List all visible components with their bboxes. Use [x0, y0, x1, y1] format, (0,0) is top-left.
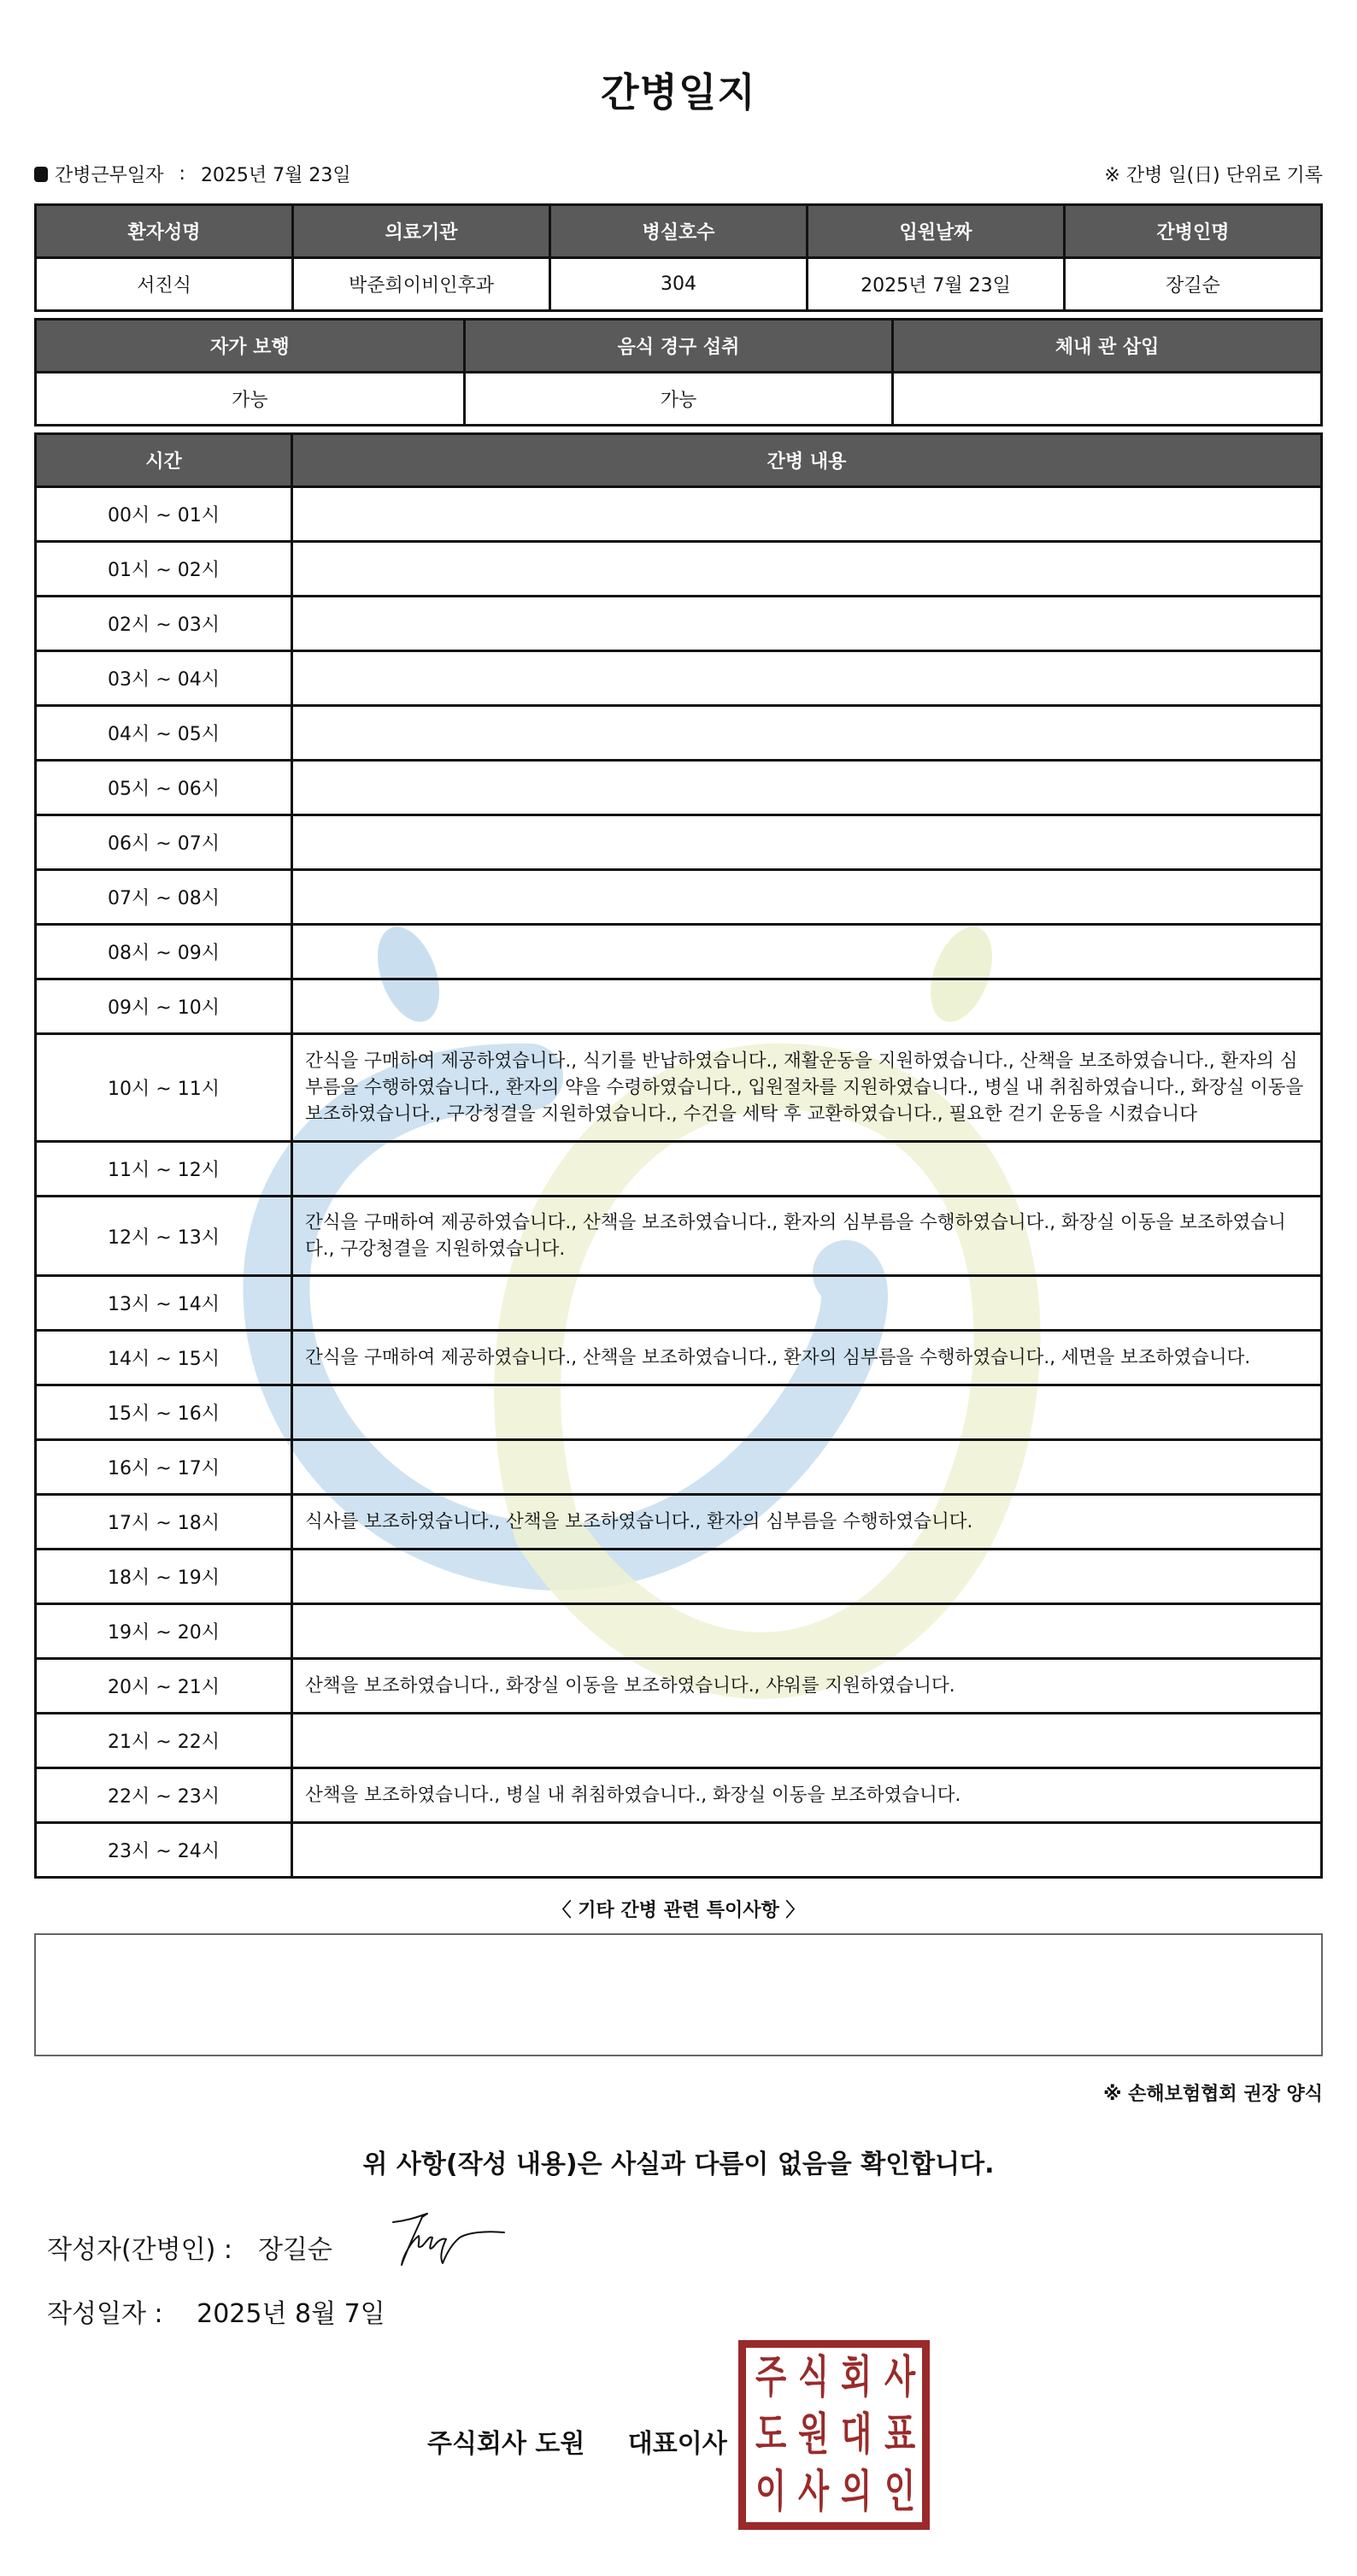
care-content — [292, 1714, 1322, 1768]
time-slot: 03시 ~ 04시 — [36, 651, 292, 706]
care-log-row: 07시 ~ 08시 — [36, 870, 1322, 925]
time-slot: 18시 ~ 19시 — [36, 1550, 292, 1604]
seal-character: 이 — [755, 2463, 786, 2520]
author-label: 작성자(간병인) : — [47, 2228, 232, 2266]
time-slot: 09시 ~ 10시 — [36, 979, 292, 1034]
company-name: 주식회사 도원 — [427, 2429, 585, 2459]
care-content: 간식을 구매하여 제공하였습니다., 산책을 보조하였습니다., 환자의 심부름… — [292, 1331, 1322, 1385]
written-date-label: 작성일자 : — [47, 2299, 163, 2329]
care-content — [292, 1276, 1322, 1331]
time-slot: 13시 ~ 14시 — [36, 1276, 292, 1331]
care-content — [292, 487, 1322, 542]
seal-character: 주 — [755, 2350, 786, 2407]
care-log-row: 01시 ~ 02시 — [36, 542, 1322, 597]
time-slot: 02시 ~ 03시 — [36, 597, 292, 651]
care-log-row: 04시 ~ 05시 — [36, 706, 1322, 761]
header-self-walking: 자가 보행 — [36, 320, 465, 373]
time-slot: 14시 ~ 15시 — [36, 1331, 292, 1385]
care-log-row: 06시 ~ 07시 — [36, 815, 1322, 870]
care-content: 간식을 구매하여 제공하였습니다., 식기를 반납하였습니다., 재활운동을 지… — [292, 1034, 1322, 1142]
seal-character: 사 — [798, 2463, 829, 2520]
care-content — [292, 1604, 1322, 1659]
seal-character: 의 — [842, 2463, 872, 2520]
seal-character: 식 — [798, 2350, 829, 2407]
work-date-colon: : — [179, 163, 185, 185]
work-date-label: 간병근무일자 — [55, 161, 164, 187]
care-content — [292, 597, 1322, 651]
care-log-row: 05시 ~ 06시 — [36, 761, 1322, 815]
care-content — [292, 651, 1322, 706]
written-date-line: 작성일자 : 2025년 8월 7일 — [47, 2292, 385, 2330]
page-title: 간병일지 — [0, 62, 1357, 118]
care-log-row: 13시 ~ 14시 — [36, 1276, 1322, 1331]
care-content — [292, 761, 1322, 815]
seal-character: 대 — [842, 2407, 872, 2464]
oral-intake: 가능 — [464, 373, 893, 426]
special-notes-box — [34, 1933, 1323, 2056]
time-slot: 22시 ~ 23시 — [36, 1768, 292, 1823]
company-line: 주식회사 도원 대표이사 — [427, 2422, 727, 2460]
care-content — [292, 1385, 1322, 1440]
header-care-content: 간병 내용 — [292, 434, 1322, 487]
care-log-row: 08시 ~ 09시 — [36, 925, 1322, 979]
header-patient-name: 환자성명 — [36, 205, 293, 258]
time-slot: 16시 ~ 17시 — [36, 1440, 292, 1495]
care-content — [292, 1142, 1322, 1197]
patient-name: 서진식 — [36, 258, 293, 311]
time-slot: 06시 ~ 07시 — [36, 815, 292, 870]
care-log-row: 19시 ~ 20시 — [36, 1604, 1322, 1659]
care-log-row: 12시 ~ 13시간식을 구매하여 제공하였습니다., 산책을 보조하였습니다.… — [36, 1197, 1322, 1276]
company-seal-stamp-icon: 주식회사도원대표이사의인 — [738, 2340, 930, 2530]
time-slot: 15시 ~ 16시 — [36, 1385, 292, 1440]
care-log-row: 02시 ~ 03시 — [36, 597, 1322, 651]
care-content — [292, 925, 1322, 979]
care-log-row: 18시 ~ 19시 — [36, 1550, 1322, 1604]
self-walking: 가능 — [36, 373, 465, 426]
care-log-row: 14시 ~ 15시간식을 구매하여 제공하였습니다., 산책을 보조하였습니다.… — [36, 1331, 1322, 1385]
time-slot: 07시 ~ 08시 — [36, 870, 292, 925]
time-slot: 10시 ~ 11시 — [36, 1034, 292, 1142]
daily-record-note: ※ 간병 일(日) 단위로 기록 — [1104, 161, 1323, 187]
care-log-row: 11시 ~ 12시 — [36, 1142, 1322, 1197]
work-date-value: 2025년 7월 23일 — [201, 161, 351, 187]
care-log-row: 03시 ~ 04시 — [36, 651, 1322, 706]
company-representative-title: 대표이사 — [628, 2429, 727, 2459]
care-log-row: 22시 ~ 23시산책을 보조하였습니다., 병실 내 취침하였습니다., 화장… — [36, 1768, 1322, 1823]
care-log-row: 17시 ~ 18시식사를 보조하였습니다., 산책을 보조하였습니다., 환자의… — [36, 1495, 1322, 1550]
bullet-square-icon — [34, 167, 48, 182]
care-content: 식사를 보조하였습니다., 산책을 보조하였습니다., 환자의 심부름을 수행하… — [292, 1495, 1322, 1550]
written-date-value: 2025년 8월 7일 — [197, 2299, 385, 2329]
care-content — [292, 542, 1322, 597]
header-caregiver-name: 간병인명 — [1065, 205, 1322, 258]
care-content — [292, 870, 1322, 925]
care-log-row: 15시 ~ 16시 — [36, 1385, 1322, 1440]
author-line: 작성자(간병인) : 장길순 — [47, 2228, 332, 2266]
care-content — [292, 1823, 1322, 1878]
form-source-note: ※ 손해보험협회 권장 양식 — [1103, 2079, 1323, 2106]
caregiver-name: 장길순 — [1065, 258, 1322, 311]
seal-character: 원 — [798, 2407, 829, 2464]
room-number: 304 — [550, 258, 808, 311]
care-content — [292, 815, 1322, 870]
time-slot: 17시 ~ 18시 — [36, 1495, 292, 1550]
time-slot: 20시 ~ 21시 — [36, 1659, 292, 1714]
seal-character: 인 — [884, 2463, 915, 2520]
time-slot: 01시 ~ 02시 — [36, 542, 292, 597]
hospital: 박준희이비인후과 — [293, 258, 550, 311]
admission-date: 2025년 7월 23일 — [808, 258, 1065, 311]
care-content — [292, 1550, 1322, 1604]
care-log-row: 16시 ~ 17시 — [36, 1440, 1322, 1495]
handwritten-signature-icon — [383, 2212, 507, 2272]
seal-character: 표 — [884, 2407, 915, 2464]
care-log-row: 21시 ~ 22시 — [36, 1714, 1322, 1768]
confirmation-statement: 위 사항(작성 내용)은 사실과 다름이 없음을 확인합니다. — [0, 2143, 1357, 2180]
patient-info-table: 환자성명 의료기관 병실호수 입원날짜 간병인명 서진식 박준희이비인후과 30… — [34, 203, 1323, 312]
header-oral-intake: 음식 경구 섭취 — [464, 320, 893, 373]
header-admission-date: 입원날짜 — [808, 205, 1065, 258]
care-content — [292, 979, 1322, 1034]
special-notes-title: 〈 기타 간병 관련 특이사항 〉 — [0, 1896, 1357, 1922]
time-slot: 21시 ~ 22시 — [36, 1714, 292, 1768]
time-slot: 05시 ~ 06시 — [36, 761, 292, 815]
author-name: 장길순 — [258, 2228, 332, 2266]
care-log-row: 09시 ~ 10시 — [36, 979, 1322, 1034]
tube-insertion — [893, 373, 1322, 426]
header-hospital: 의료기관 — [293, 205, 550, 258]
care-log-row: 00시 ~ 01시 — [36, 487, 1322, 542]
time-slot: 12시 ~ 13시 — [36, 1197, 292, 1276]
care-log-row: 20시 ~ 21시산책을 보조하였습니다., 화장실 이동을 보조하였습니다.,… — [36, 1659, 1322, 1714]
care-content: 산책을 보조하였습니다., 화장실 이동을 보조하였습니다., 샤워를 지원하였… — [292, 1659, 1322, 1714]
seal-character: 도 — [755, 2407, 786, 2464]
header-room-number: 병실호수 — [550, 205, 808, 258]
care-content — [292, 706, 1322, 761]
work-date-line: 간병근무일자 : 2025년 7월 23일 — [34, 161, 351, 187]
seal-character: 회 — [842, 2350, 872, 2407]
time-slot: 00시 ~ 01시 — [36, 487, 292, 542]
time-slot: 11시 ~ 12시 — [36, 1142, 292, 1197]
care-log-row: 10시 ~ 11시간식을 구매하여 제공하였습니다., 식기를 반납하였습니다.… — [36, 1034, 1322, 1142]
seal-character: 사 — [884, 2350, 915, 2407]
time-slot: 08시 ~ 09시 — [36, 925, 292, 979]
care-content: 산책을 보조하였습니다., 병실 내 취침하였습니다., 화장실 이동을 보조하… — [292, 1768, 1322, 1823]
time-slot: 04시 ~ 05시 — [36, 706, 292, 761]
care-log-row: 23시 ~ 24시 — [36, 1823, 1322, 1878]
care-content: 간식을 구매하여 제공하였습니다., 산책을 보조하였습니다., 환자의 심부름… — [292, 1197, 1322, 1276]
care-content — [292, 1440, 1322, 1495]
care-log-table: 시간 간병 내용 00시 ~ 01시01시 ~ 02시02시 ~ 03시03시 … — [34, 432, 1323, 1879]
time-slot: 19시 ~ 20시 — [36, 1604, 292, 1659]
time-slot: 23시 ~ 24시 — [36, 1823, 292, 1878]
header-time: 시간 — [36, 434, 292, 487]
patient-status-table: 자가 보행 음식 경구 섭취 체내 관 삽입 가능 가능 — [34, 318, 1323, 426]
header-tube-insertion: 체내 관 삽입 — [893, 320, 1322, 373]
